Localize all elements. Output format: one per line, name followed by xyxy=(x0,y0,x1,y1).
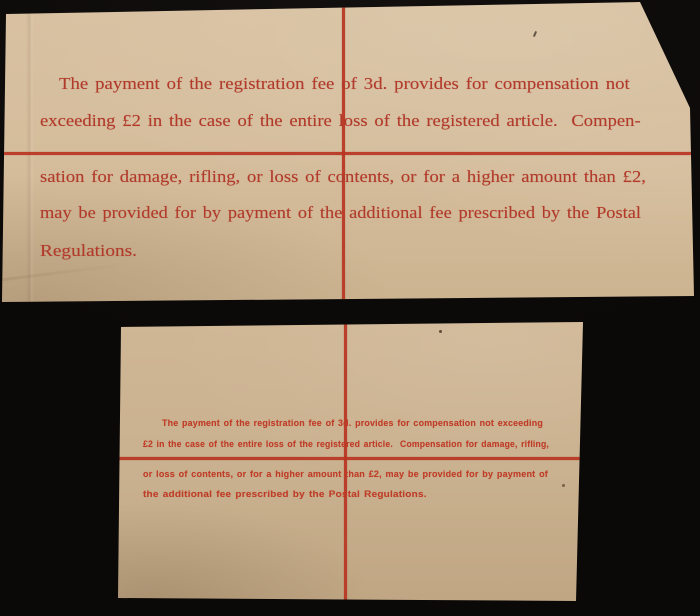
red-cross-horizontal-line xyxy=(2,152,698,155)
envelope-text-line: The payment of the registration fee of 3… xyxy=(162,418,543,429)
envelope-text-line: exceeding £2 in the case of the entire l… xyxy=(40,111,641,131)
paper-speck xyxy=(533,31,537,37)
red-cross-horizontal-line xyxy=(118,457,583,460)
top-registered-envelope: The payment of the registration fee of 3… xyxy=(2,2,698,305)
envelope-text-line: or loss of contents, or for a higher amo… xyxy=(143,469,548,480)
red-cross-vertical-line xyxy=(344,322,347,602)
paper-crease xyxy=(2,261,144,282)
envelope-text-line: £2 in the case of the entire loss of the… xyxy=(143,439,549,450)
bottom-registered-envelope: The payment of the registration fee of 3… xyxy=(118,322,583,602)
paper-speck xyxy=(562,484,565,487)
envelope-text-line: The payment of the registration fee of 3… xyxy=(59,74,630,94)
paper-speck xyxy=(439,330,442,333)
envelope-text-line: sation for damage, rifling, or loss of c… xyxy=(40,167,646,187)
envelope-text-line: the additional fee prescribed by the Pos… xyxy=(143,489,427,500)
envelope-text-line: may be provided for by payment of the ad… xyxy=(40,203,641,223)
photo-background: The payment of the registration fee of 3… xyxy=(0,0,700,616)
envelope-text-line: Regulations. xyxy=(40,241,137,261)
